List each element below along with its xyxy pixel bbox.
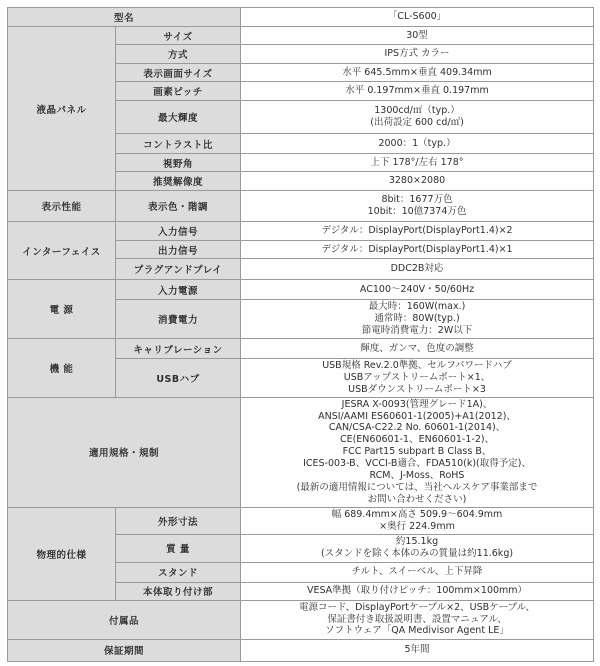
value-cell: 輝度、ガンマ、色度の調整 <box>241 339 594 359</box>
table-row: 型名 「CL-S600」 <box>8 8 594 27</box>
warranty-value: 5年間 <box>241 639 594 661</box>
table-row: 保証期間 5年間 <box>8 639 594 661</box>
value-cell: AC100～240V・50/60Hz <box>241 280 594 300</box>
label-cell: コントラスト比 <box>116 134 241 154</box>
value-cell: 上下 178°/左右 178° <box>241 154 594 172</box>
value-cell: VESA準拠（取り付けピッチ：100mm×100mm） <box>241 582 594 600</box>
accessories-value: 電源コード、DisplayPortケーブル×2、USBケーブル、 保証書付き取扱… <box>241 600 594 639</box>
label-cell: USBハブ <box>116 359 241 398</box>
standards-label: 適用規格・規制 <box>8 397 241 507</box>
label-cell: プラグアンドプレイ <box>116 259 241 280</box>
standards-value: JESRA X-0093(管理グレード1A)、 ANSI/AAMI ES6060… <box>241 397 594 507</box>
label-cell: スタンド <box>116 562 241 582</box>
accessories-label: 付属品 <box>8 600 241 639</box>
table-row: 液晶パネル サイズ 30型 <box>8 27 594 45</box>
table-row: 機 能 キャリブレーション 輝度、ガンマ、色度の調整 <box>8 339 594 359</box>
value-cell: DDC2B対応 <box>241 259 594 280</box>
label-cell: 視野角 <box>116 154 241 172</box>
label-cell: 入力信号 <box>116 222 241 241</box>
value-cell: 最大時：160W(max.) 通常時：80W(typ.) 節電時消費電力：2W以… <box>241 300 594 339</box>
category-physical: 物理的仕様 <box>8 507 116 600</box>
value-cell: 水平 645.5mm×垂直 409.34mm <box>241 64 594 82</box>
value-cell: 3280×2080 <box>241 172 594 191</box>
value-cell: 約15.1kg (スタンドを除く本体のみの質量は約11.6kg) <box>241 534 594 562</box>
label-cell: 消費電力 <box>116 300 241 339</box>
value-cell: デジタル：DisplayPort(DisplayPort1.4)×2 <box>241 222 594 241</box>
label-cell: 出力信号 <box>116 241 241 259</box>
category-functions: 機 能 <box>8 339 116 398</box>
table-row: 表示性能 表示色・階調 8bit：1677万色 10bit：10億7374万色 <box>8 191 594 222</box>
label-cell: 質 量 <box>116 534 241 562</box>
table-row: インターフェイス 入力信号 デジタル：DisplayPort(DisplayPo… <box>8 222 594 241</box>
label-cell: 最大輝度 <box>116 101 241 134</box>
value-cell: 幅 689.4mm×高さ 509.9～604.9mm ×奥行 224.9mm <box>241 507 594 534</box>
label-cell: キャリブレーション <box>116 339 241 359</box>
value-cell: チルト、スイーベル、上下昇降 <box>241 562 594 582</box>
value-cell: USB規格 Rev.2.0準拠、セルフパワードハブ USBアップストリームポート… <box>241 359 594 398</box>
table-row: 付属品 電源コード、DisplayPortケーブル×2、USBケーブル、 保証書… <box>8 600 594 639</box>
label-cell: 推奨解像度 <box>116 172 241 191</box>
label-cell: 方式 <box>116 45 241 64</box>
spec-table: 型名 「CL-S600」 液晶パネル サイズ 30型 方式 IPS方式 カラー … <box>7 7 594 662</box>
category-display-performance: 表示性能 <box>8 191 116 222</box>
value-cell: IPS方式 カラー <box>241 45 594 64</box>
table-row: 電 源 入力電源 AC100～240V・50/60Hz <box>8 280 594 300</box>
label-cell: 表示色・階調 <box>116 191 241 222</box>
warranty-label: 保証期間 <box>8 639 241 661</box>
value-cell: 8bit：1677万色 10bit：10億7374万色 <box>241 191 594 222</box>
value-cell: 30型 <box>241 27 594 45</box>
value-cell: デジタル：DisplayPort(DisplayPort1.4)×1 <box>241 241 594 259</box>
model-value: 「CL-S600」 <box>241 8 594 27</box>
category-interface: インターフェイス <box>8 222 116 280</box>
table-row: 物理的仕様 外形寸法 幅 689.4mm×高さ 509.9～604.9mm ×奥… <box>8 507 594 534</box>
model-label: 型名 <box>8 8 241 27</box>
label-cell: 画素ピッチ <box>116 82 241 101</box>
label-cell: 入力電源 <box>116 280 241 300</box>
value-cell: 水平 0.197mm×垂直 0.197mm <box>241 82 594 101</box>
value-cell: 1300cd/㎡（typ.） (出荷設定 600 cd/㎡) <box>241 101 594 134</box>
value-cell: 2000：1（typ.） <box>241 134 594 154</box>
category-power: 電 源 <box>8 280 116 339</box>
label-cell: 外形寸法 <box>116 507 241 534</box>
label-cell: サイズ <box>116 27 241 45</box>
label-cell: 本体取り付け部 <box>116 582 241 600</box>
label-cell: 表示画面サイズ <box>116 64 241 82</box>
category-panel: 液晶パネル <box>8 27 116 191</box>
table-row: 適用規格・規制 JESRA X-0093(管理グレード1A)、 ANSI/AAM… <box>8 397 594 507</box>
